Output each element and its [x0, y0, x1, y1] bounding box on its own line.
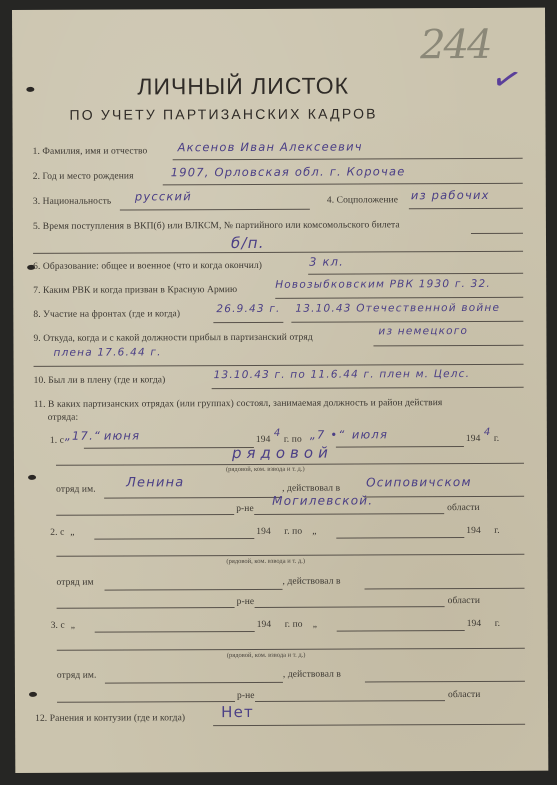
check-mark-icon: ✓ — [487, 56, 526, 103]
detachment-2-position-line[interactable] — [56, 554, 524, 557]
field-5-line-b — [33, 251, 523, 254]
field-1-line — [173, 158, 523, 161]
field-11-label: 11. В каких партизанских отрядах (или гр… — [34, 398, 443, 410]
field-4-line — [409, 208, 523, 209]
detachment-3-rne-label: р-не — [237, 691, 255, 701]
field-8-value-1[interactable]: 26.9.43 г. — [216, 303, 280, 315]
field-6-line — [308, 273, 523, 275]
detachment-3-g-po: г. по — [285, 620, 303, 630]
detachment-2-rne-label: р-не — [237, 597, 255, 607]
detachment-1-dejstvoval[interactable]: Осиповичском — [366, 475, 472, 489]
detachment-1-oblasti-label: области — [447, 503, 480, 513]
detachment-1-from-year-digit[interactable]: 4 — [274, 428, 282, 439]
detachment-2-from-year: 194 — [256, 527, 271, 537]
detachment-3-otryad-line[interactable] — [105, 682, 283, 684]
detachment-1-from-month[interactable]: июня — [104, 428, 140, 442]
personal-record-sheet: 244 ✓ ЛИЧНЫЙ ЛИСТОК ПО УЧЕТУ ПАРТИЗАНСКИ… — [12, 8, 548, 773]
detachment-3-rne-line-a[interactable] — [57, 701, 235, 703]
field-6-value[interactable]: 3 кл. — [309, 255, 344, 269]
field-8-label: 8. Участие на фронтах (где и когда) — [33, 309, 180, 320]
detachment-3-position-line[interactable] — [57, 648, 525, 651]
detachment-1-to-year: 194 — [466, 434, 481, 444]
detachment-1-num: 1. с — [50, 436, 64, 446]
detachment-1: 1. с „17.“ июня 194 4 г. по „7 •“ июля 1… — [12, 8, 545, 10]
field-8-line-a — [213, 322, 283, 323]
field-4-value[interactable]: из рабочих — [411, 188, 490, 202]
field-2-label: 2. Год и место рождения — [33, 171, 134, 181]
detachment-3-rne-line-b[interactable] — [255, 700, 445, 702]
detachment-2-num: 2. с — [50, 528, 64, 538]
detachment-1-to-month[interactable]: июля — [352, 427, 388, 441]
detachment-3-from-day: „ — [71, 621, 75, 631]
detachment-3-dejstvoval-label: , действовал в — [283, 670, 341, 680]
detachment-2-dejstvoval-label: , действовал в — [282, 577, 340, 587]
detachment-3-from-year: 194 — [257, 620, 272, 630]
field-2-line — [163, 183, 523, 186]
field-1-label: 1. Фамилия, имя и отчество — [33, 146, 148, 157]
detachment-3: 3. с „ 194 г. по „ 194 г. (рядовой, ком.… — [12, 8, 545, 10]
field-6-label: 6. Образование: общее и военное (что и к… — [33, 261, 262, 272]
detachment-2-otryad-line[interactable] — [105, 589, 283, 591]
detachment-1-position-hint: (рядовой, ком. взвода и т. д.) — [226, 466, 305, 473]
field-9-value-2[interactable]: плена 17.6.44 г. — [53, 346, 161, 358]
detachment-3-from-line[interactable] — [95, 631, 255, 633]
detachment-1-dejstvoval-label: , действовал в — [282, 484, 340, 494]
field-9-value-1[interactable]: из немецкого — [378, 325, 468, 337]
field-12-value[interactable]: Нет — [221, 703, 254, 721]
punch-hole — [26, 87, 34, 92]
detachment-1-otryad-line — [104, 497, 282, 499]
detachment-2-rne-line-a[interactable] — [57, 607, 235, 609]
detachment-1-from-day[interactable]: „17.“ — [65, 429, 101, 443]
field-3-value[interactable]: русский — [135, 189, 192, 203]
detachment-2-dejstvoval-line[interactable] — [365, 588, 525, 590]
detachment-1-rne-line-b — [254, 513, 444, 515]
detachment-1-from-line — [84, 447, 254, 449]
document-subtitle: ПО УЧЕТУ ПАРТИЗАНСКИХ КАДРОВ — [69, 105, 377, 122]
field-3-label: 3. Национальность — [33, 197, 111, 207]
detachment-3-otryad-label: отряд им. — [57, 671, 97, 681]
detachment-3-to-day: „ — [313, 620, 317, 630]
detachment-3-to-line[interactable] — [337, 630, 465, 632]
detachment-3-to-year: 194 — [467, 619, 482, 629]
field-5-label: 5. Время поступления в ВКП(б) или ВЛКСМ,… — [33, 220, 400, 232]
field-5-value[interactable]: б/п. — [231, 234, 265, 252]
field-4-label: 4. Соцположение — [327, 195, 398, 205]
detachment-1-otryad[interactable]: Ленина — [126, 475, 184, 490]
detachment-3-position-hint: (рядовой, ком. взвода и т. д.) — [227, 652, 306, 659]
field-8-value-2[interactable]: 13.10.43 Отечественной войне — [295, 302, 500, 315]
detachment-2-g: г. — [494, 526, 499, 536]
detachment-2-g-po: г. по — [284, 527, 302, 537]
punch-hole — [28, 475, 36, 480]
detachment-2-otryad-label: отряд им — [56, 578, 93, 588]
detachment-1-rne-label: р-не — [236, 504, 254, 514]
detachment-1-position[interactable]: рядовой — [232, 444, 333, 462]
field-9-line-a — [373, 345, 523, 347]
detachment-2: 2. с „ 194 г. по „ 194 г. (рядовой, ком.… — [12, 8, 545, 10]
field-7-value[interactable]: Новозыбковским РВК 1930 г. 32. — [275, 278, 491, 291]
detachment-1-dejstvoval-line — [364, 496, 524, 498]
detachment-3-num: 3. с — [51, 621, 65, 631]
detachment-2-position-hint: (рядовой, ком. взвода и т. д.) — [226, 558, 305, 565]
detachment-1-rne[interactable]: Могилевской. — [272, 493, 373, 507]
detachment-1-to-day[interactable]: „7 •“ — [310, 428, 346, 442]
detachment-2-from-day: „ — [70, 528, 74, 538]
document-title: ЛИЧНЫЙ ЛИСТОК — [137, 73, 349, 101]
detachment-2-to-line[interactable] — [336, 537, 464, 539]
field-9-label: 9. Откуда, когда и с какой должности при… — [33, 333, 312, 344]
field-10-label: 10. Был ли в плену (где и когда) — [34, 375, 166, 386]
detachment-2-to-year: 194 — [466, 526, 481, 536]
detachment-2-oblasti-label: области — [448, 596, 481, 606]
detachment-1-rne-line-a — [56, 514, 234, 516]
archive-number: 244 — [420, 22, 491, 68]
detachment-1-to-line — [336, 446, 464, 448]
detachment-1-to-year-digit[interactable]: 4 — [484, 427, 492, 438]
detachment-3-oblasti-label: области — [448, 690, 481, 700]
detachment-3-g: г. — [495, 619, 500, 629]
field-7-label: 7. Каким РВК и когда призван в Красную А… — [33, 285, 237, 296]
field-12-line — [213, 724, 525, 726]
field-12-label: 12. Ранения и контузии (где и когда) — [35, 713, 185, 724]
detachment-1-otryad-label: отряд им. — [56, 485, 96, 495]
field-9-line-b — [34, 364, 524, 367]
field-2-value[interactable]: 1907, Орловская обл. г. Корочае — [171, 164, 406, 179]
field-3-line — [120, 209, 310, 211]
field-5-line-a — [471, 233, 523, 234]
field-7-line — [275, 297, 523, 299]
detachment-2-to-day: „ — [312, 527, 316, 537]
field-1-value[interactable]: Аксенов Иван Алексеевич — [178, 139, 363, 154]
detachment-3-dejstvoval-line[interactable] — [365, 681, 525, 683]
field-10-line — [212, 387, 524, 389]
detachment-2-from-line[interactable] — [94, 538, 254, 540]
field-10-value[interactable]: 13.10.43 г. по 11.6.44 г. плен м. Целс. — [214, 368, 471, 381]
field-8-line-b — [291, 321, 523, 323]
detachment-1-g: г. — [494, 434, 499, 444]
detachment-2-rne-line-b[interactable] — [255, 606, 445, 608]
field-11-label-cont: отряда: — [48, 413, 78, 423]
punch-hole — [29, 692, 37, 697]
